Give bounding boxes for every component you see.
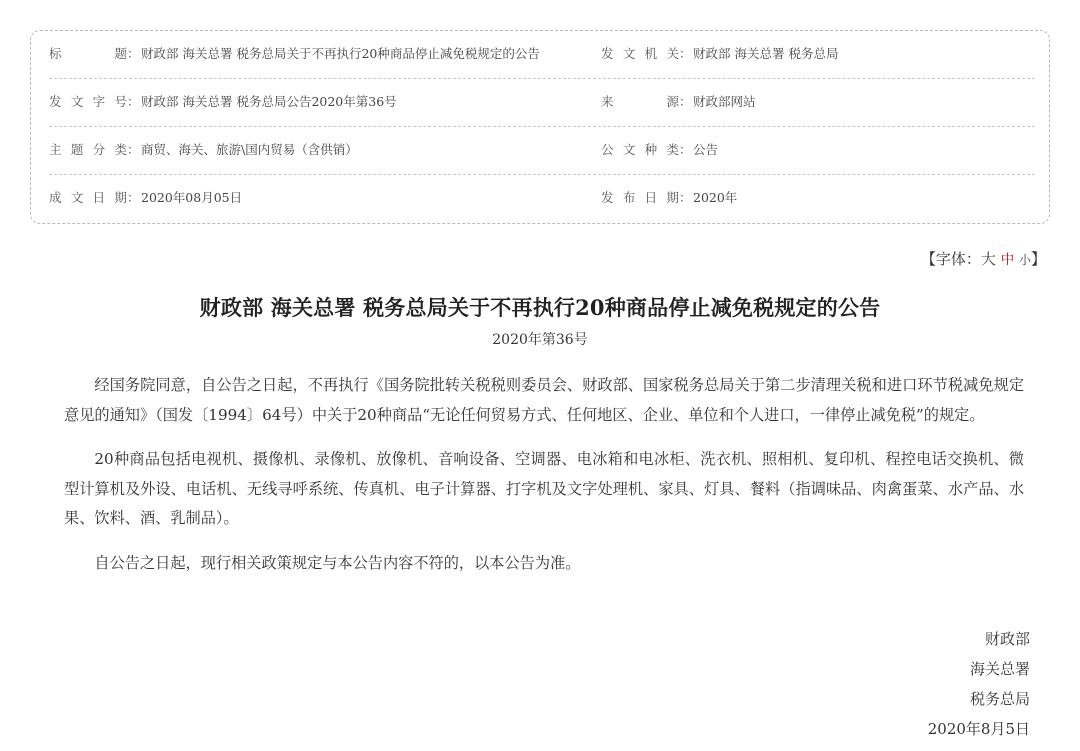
body-paragraph: 经国务院同意，自公告之日起，不再执行《国务院批转关税税则委员会、财政部、国家税务… (64, 371, 1024, 430)
document-body: 经国务院同意，自公告之日起，不再执行《国务院批转关税税则委员会、财政部、国家税务… (64, 371, 1024, 593)
font-size-open-bracket: 【 (921, 250, 936, 268)
metadata-colon: ： (679, 31, 693, 77)
signature-issuer: 财政部 (928, 624, 1030, 654)
metadata-value: 2020年08月05日 (141, 175, 242, 221)
metadata-subject-category: 主题分类：商贸、海关、旅游\国内贸易（含供销） (49, 127, 358, 175)
metadata-label: 来 源 (601, 79, 679, 125)
metadata-colon: ： (679, 175, 693, 221)
metadata-title: 标 题：财政部 海关总署 税务总局关于不再执行20种商品停止减免税规定的公告 (49, 31, 540, 79)
metadata-label: 主题分类 (49, 127, 127, 173)
metadata-colon: ： (679, 127, 693, 173)
metadata-row-document-number: 发文字号：财政部 海关总署 税务总局公告2020年第36号 来 源：财政部网站 (49, 79, 1035, 127)
signature-date: 2020年8月5日 (928, 714, 1030, 744)
document-number: 2020年第36号 (0, 329, 1080, 349)
metadata-value: 财政部网站 (693, 79, 756, 125)
signature-issuer: 税务总局 (928, 684, 1030, 714)
metadata-issuing-authority: 发文机关：财政部 海关总署 税务总局 (601, 31, 838, 79)
metadata-value: 商贸、海关、旅游\国内贸易（含供销） (141, 127, 358, 173)
body-paragraph: 自公告之日起，现行相关政策规定与本公告内容不符的，以本公告为准。 (64, 549, 1024, 579)
font-size-close-bracket: 】 (1031, 250, 1046, 268)
metadata-label: 发布日期 (601, 175, 679, 221)
metadata-value: 财政部 海关总署 税务总局关于不再执行20种商品停止减免税规定的公告 (141, 31, 540, 77)
metadata-value: 财政部 海关总署 税务总局 (693, 31, 838, 77)
metadata-label: 标 题 (49, 31, 127, 77)
font-size-control: 【字体：大 中 小】 (921, 248, 1046, 269)
document-title: 财政部 海关总署 税务总局关于不再执行20种商品停止减免税规定的公告 (0, 292, 1080, 322)
metadata-colon: ： (679, 79, 693, 125)
metadata-label: 发文机关 (601, 31, 679, 77)
metadata-document-number: 发文字号：财政部 海关总署 税务总局公告2020年第36号 (49, 79, 397, 127)
metadata-row-dates: 成文日期：2020年08月05日 发布日期：2020年 (49, 175, 1035, 223)
metadata-label: 成文日期 (49, 175, 127, 221)
font-size-label: 字体： (936, 250, 981, 268)
metadata-colon: ： (127, 79, 141, 125)
metadata-label: 公文种类 (601, 127, 679, 173)
metadata-row-title: 标 题：财政部 海关总署 税务总局关于不再执行20种商品停止减免税规定的公告 发… (49, 31, 1035, 79)
metadata-value: 2020年 (693, 175, 737, 221)
body-paragraph: 20种商品包括电视机、摄像机、录像机、放像机、音响设备、空调器、电冰箱和电冰柜、… (64, 445, 1024, 534)
metadata-document-type: 公文种类：公告 (601, 127, 718, 175)
metadata-colon: ： (127, 127, 141, 173)
document-metadata-box: 标 题：财政部 海关总署 税务总局关于不再执行20种商品停止减免税规定的公告 发… (30, 30, 1050, 224)
metadata-source: 来 源：财政部网站 (601, 79, 756, 127)
font-size-medium-button[interactable]: 中 (1001, 252, 1015, 268)
metadata-colon: ： (127, 175, 141, 221)
font-size-small-button[interactable]: 小 (1019, 253, 1031, 267)
signature-issuer: 海关总署 (928, 654, 1030, 684)
font-size-large-button[interactable]: 大 (981, 250, 996, 268)
metadata-label: 发文字号 (49, 79, 127, 125)
metadata-colon: ： (127, 31, 141, 77)
metadata-value: 公告 (693, 127, 718, 173)
metadata-publish-date: 发布日期：2020年 (601, 175, 737, 223)
document-signature: 财政部 海关总署 税务总局 2020年8月5日 (928, 624, 1030, 744)
metadata-written-date: 成文日期：2020年08月05日 (49, 175, 242, 223)
metadata-row-category: 主题分类：商贸、海关、旅游\国内贸易（含供销） 公文种类：公告 (49, 127, 1035, 175)
metadata-value: 财政部 海关总署 税务总局公告2020年第36号 (141, 79, 397, 125)
